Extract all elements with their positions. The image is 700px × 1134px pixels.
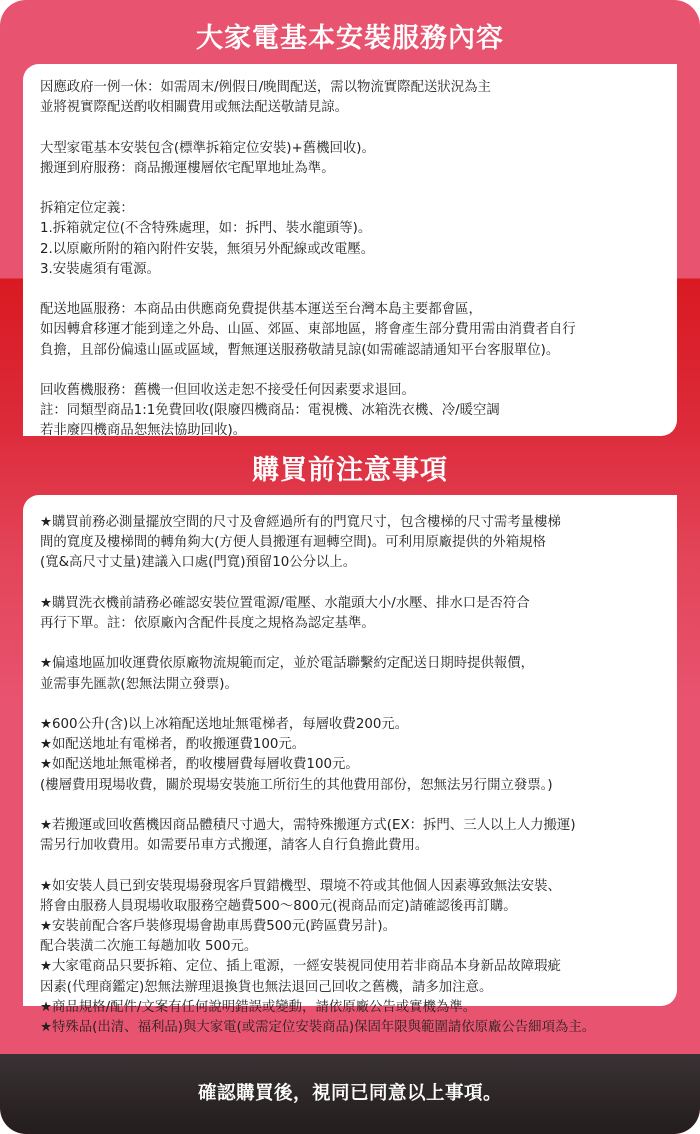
- paragraph-measure-space: ★購買前務必測量擺放空間的尺寸及會經過所有的門寬尺寸，包含樓梯的尺寸需考量樓梯 …: [40, 513, 677, 574]
- text-line: ★若搬運或回收舊機因商品體積尺寸過大，需特殊搬運方式(EX：拆門、三人以上人力搬…: [40, 816, 677, 836]
- text-line: ★購買洗衣機前請務必確認安裝位置電源/電壓、水龍頭大小/水壓、排水口是否符合: [40, 594, 677, 614]
- text-line: 將會由服務人員現場收取服務空趟費500～800元(視商品而定)請確認後再訂購。: [40, 897, 677, 917]
- paragraph-installation-terms: ★如安裝人員已到安裝現場發現客戶買錯機型、環境不符或其他個人因素導致無法安裝、 …: [40, 877, 677, 1039]
- text-line: 3.安裝處須有電源。: [40, 260, 677, 280]
- text-line: 並將視實際配送酌收相關費用或無法配送敬請見諒。: [40, 98, 677, 118]
- text-line: 大型家電基本安裝包含(標準拆箱定位安裝)+舊機回收)。: [40, 139, 677, 159]
- section-title-installation: 大家電基本安裝服務內容: [0, 16, 700, 55]
- section-title-precautions: 購買前注意事項: [0, 448, 700, 487]
- text-line: ★偏遠地區加收運費依原廠物流規範而定，並於電話聯繫約定配送日期時提供報價，: [40, 654, 677, 674]
- text-line: 搬運到府服務：商品搬運樓層依宅配單地址為準。: [40, 159, 677, 179]
- agreement-footer: 確認購買後，視同已同意以上事項。: [0, 1054, 700, 1134]
- text-line: 拆箱定位定義：: [40, 199, 677, 219]
- paragraph-basic-installation: 大型家電基本安裝包含(標準拆箱定位安裝)+舊機回收)。 搬運到府服務：商品搬運樓…: [40, 139, 677, 179]
- precautions-card: ★購買前務必測量擺放空間的尺寸及會經過所有的門寬尺寸，包含樓梯的尺寸需考量樓梯 …: [23, 495, 677, 1006]
- text-line: ★如安裝人員已到安裝現場發現客戶買錯機型、環境不符或其他個人因素導致無法安裝、: [40, 877, 677, 897]
- installation-card: 因應政府一例一休：如需周末/例假日/晚間配送，需以物流實際配送狀況為主 並將視實…: [23, 64, 677, 436]
- text-line: ★大家電商品只要拆箱、定位、插上電源，一經安裝視同使用若非商品本身新品故障瑕疵: [40, 957, 677, 977]
- info-panel: 大家電基本安裝服務內容 因應政府一例一休：如需周末/例假日/晚間配送，需以物流實…: [0, 0, 700, 1134]
- text-line: ★特殊品(出清、福利品)與大家電(或需定位安裝商品)保固年限與範圍請依原廠公告細…: [40, 1018, 677, 1038]
- text-line: ★600公升(含)以上冰箱配送地址無電梯者，每層收費200元。: [40, 715, 677, 735]
- text-line: 再行下單。註：依原廠內含配件長度之規格為認定基準。: [40, 614, 677, 634]
- text-line: ★如配送地址有電梯者，酌收搬運費100元。: [40, 735, 677, 755]
- paragraph-remote-area-fee: ★偏遠地區加收運費依原廠物流規範而定，並於電話聯繫約定配送日期時提供報價， 並需…: [40, 654, 677, 694]
- text-line: 配送地區服務：本商品由供應商免費提供基本運送至台灣本島主要都會區，: [40, 300, 677, 320]
- text-line: (寬&高尺寸丈量)建議入口處(門寬)預留10公分以上。: [40, 553, 677, 573]
- text-line: 需另行加收費用。如需要吊車方式搬運，請客人自行負擔此費用。: [40, 836, 677, 856]
- paragraph-weekend-delivery: 因應政府一例一休：如需周末/例假日/晚間配送，需以物流實際配送狀況為主 並將視實…: [40, 78, 677, 118]
- paragraph-washer-check: ★購買洗衣機前請務必確認安裝位置電源/電壓、水龍頭大小/水壓、排水口是否符合 再…: [40, 594, 677, 634]
- text-line: 間的寬度及樓梯間的轉角夠大(方便人員搬運有迴轉空間)。可利用原廠提供的外箱規格: [40, 533, 677, 553]
- paragraph-recycling: 回收舊機服務：舊機一但回收送走恕不接受任何因素要求退回。 註：同類型商品1:1免…: [40, 381, 677, 442]
- text-line: ★商品規格/配件/文案有任何說明錯誤或變動，請依原廠公告或實機為準。: [40, 998, 677, 1018]
- text-line: 若非廢四機商品恕無法協助回收)。: [40, 421, 677, 441]
- text-line: 負擔，且部份偏遠山區或區域，暫無運送服務敬請見諒(如需確認請通知平台客服單位)。: [40, 341, 677, 361]
- text-line: (樓層費用現場收費，關於現場安裝施工所衍生的其他費用部份，恕無法另行開立發票。): [40, 776, 677, 796]
- text-line: 並需事先匯款(恕無法開立發票)。: [40, 675, 677, 695]
- text-line: 如因轉倉移運才能到達之外島、山區、郊區、東部地區，將會產生部分費用需由消費者自行: [40, 320, 677, 340]
- text-line: 1.拆箱就定位(不含特殊處理，如：拆門、裝水龍頭等)。: [40, 219, 677, 239]
- paragraph-special-handling: ★若搬運或回收舊機因商品體積尺寸過大，需特殊搬運方式(EX：拆門、三人以上人力搬…: [40, 816, 677, 856]
- text-line: ★購買前務必測量擺放空間的尺寸及會經過所有的門寬尺寸，包含樓梯的尺寸需考量樓梯: [40, 513, 677, 533]
- text-line: 因素(代理商鑑定)恕無法辦理退換貨也無法退回己回收之舊機，請多加注意。: [40, 978, 677, 998]
- paragraph-delivery-area: 配送地區服務：本商品由供應商免費提供基本運送至台灣本島主要都會區， 如因轉倉移運…: [40, 300, 677, 361]
- text-line: ★安裝前配合客戶裝修現場會勘車馬費500元(跨區費另計)。: [40, 917, 677, 937]
- paragraph-floor-fees: ★600公升(含)以上冰箱配送地址無電梯者，每層收費200元。 ★如配送地址有電…: [40, 715, 677, 796]
- text-line: 回收舊機服務：舊機一但回收送走恕不接受任何因素要求退回。: [40, 381, 677, 401]
- text-line: ★如配送地址無電梯者，酌收樓層費每層收費100元。: [40, 755, 677, 775]
- text-line: 註：同類型商品1:1免費回收(限廢四機商品：電視機、冰箱洗衣機、冷/暖空調: [40, 401, 677, 421]
- text-line: 因應政府一例一休：如需周末/例假日/晚間配送，需以物流實際配送狀況為主: [40, 78, 677, 98]
- text-line: 2.以原廠所附的箱內附件安裝，無須另外配線或改電壓。: [40, 240, 677, 260]
- paragraph-unboxing-definition: 拆箱定位定義： 1.拆箱就定位(不含特殊處理，如：拆門、裝水龍頭等)。 2.以原…: [40, 199, 677, 280]
- text-line: 配合裝潢二次施工每趟加收 500元。: [40, 937, 677, 957]
